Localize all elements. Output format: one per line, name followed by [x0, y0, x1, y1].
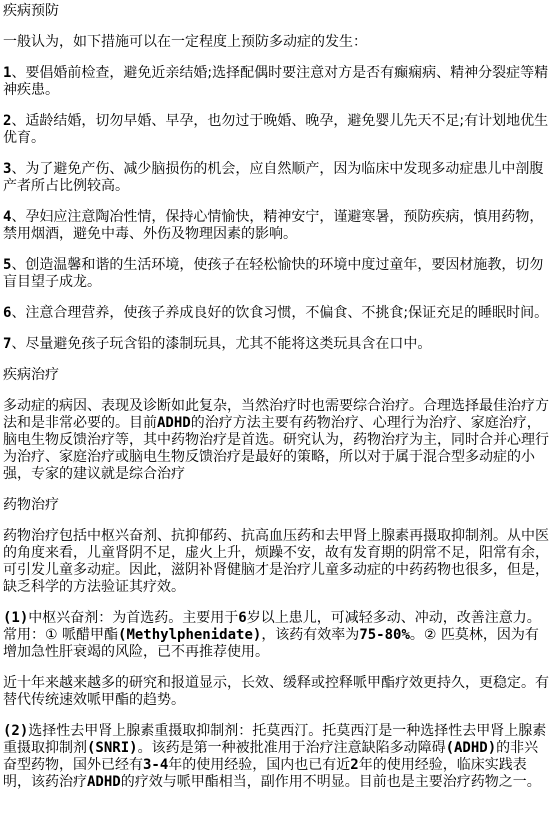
para-prevention-item-2: 2、适龄结婚，切勿早婚、早孕，也勿过于晚婚、晚孕，避免婴儿先天不足;有计划地优生… [3, 113, 550, 147]
heading-disease-treatment: 疾病治疗 [3, 367, 550, 384]
para-drug-therapy-overview: 药物治疗包括中枢兴奋剂、抗抑郁药、抗高血压药和去甲肾上腺素再摄取抑制剂。从中医的… [3, 528, 550, 596]
ascii-text-segment: 2 [350, 757, 358, 773]
text-segment: 一般认为，如下措施可以在一定程度上预防多动症的发生： [3, 34, 367, 50]
ascii-text-segment: (ADHD) [446, 740, 497, 756]
para-drug-item-2: (2)选择性去甲肾上腺素重摄取抑制剂：托莫西汀。托莫西汀是一种选择性去甲肾上腺素… [3, 723, 550, 791]
ascii-text-segment: 6 [238, 610, 246, 626]
text-segment: 、创造温馨和谐的生活环境，使孩子在轻松愉快的环境中度过童年，要因材施教，切勿盲目… [3, 257, 543, 290]
text-segment: 。该药是第一种被批准用于治疗注意缺陷多动障碍 [138, 740, 446, 756]
text-segment: 、尽量避免孩子玩含铅的漆制玩具，尤其不能将这类玩具含在口中。 [11, 336, 431, 352]
text-segment: 年的使用经验，国内也已有近 [168, 757, 350, 773]
text-segment: 、为了避免产伤、减少脑损伤的机会，应自然顺产，因为临床中发现多动症患儿中剖腹产者… [3, 161, 543, 194]
text-segment: 近十年来越来越多的研究和报道显示，长效、缓释或控释哌甲酯疗效更持久，更稳定。有替… [3, 675, 549, 708]
ascii-text-segment: (SNRI) [87, 740, 138, 756]
text-segment: 、注意合理营养，使孩子养成良好的饮食习惯，不偏食、不挑食;保证充足的睡眠时间。 [11, 305, 548, 321]
text-segment: 药物治疗包括中枢兴奋剂、抗抑郁药、抗高血压药和去甲肾上腺素再摄取抑制剂。从中医的… [3, 528, 549, 595]
para-prevention-item-6: 6、注意合理营养，使孩子养成良好的饮食习惯，不偏食、不挑食;保证充足的睡眠时间。 [3, 305, 550, 322]
para-prevention-item-5: 5、创造温馨和谐的生活环境，使孩子在轻松愉快的环境中度过童年，要因材施教，切勿盲… [3, 257, 550, 291]
ascii-text-segment: (1) [3, 610, 28, 626]
ascii-text-segment: (Methylphenidate) [118, 627, 261, 643]
text-segment: 的疗效与哌甲酯相当，副作用不明显。目前也是主要治疗药物之一。 [121, 774, 541, 790]
text-segment: 药物治疗 [3, 497, 59, 513]
para-drug-trend: 近十年来越来越多的研究和报道显示，长效、缓释或控释哌甲酯疗效更持久，更稳定。有替… [3, 675, 550, 709]
text-segment: 、孕妇应注意陶冶性情，保持心情愉快，精神安宁，谨避寒暑，预防疾病，慎用药物，禁用… [3, 209, 543, 242]
para-prevention-item-4: 4、孕妇应注意陶冶性情，保持心情愉快，精神安宁，谨避寒暑，预防疾病，慎用药物，禁… [3, 209, 550, 243]
heading-disease-prevention: 疾病预防 [3, 3, 550, 20]
para-prevention-item-1: 1、要倡婚前检查，避免近亲结婚;选择配偶时要注意对方是否有癫痫病、精神分裂症等精… [3, 65, 550, 99]
ascii-text-segment: ADHD [87, 774, 121, 790]
para-treatment-overview: 多动症的病因、表现及诊断如此复杂，当然治疗时也需要综合治疗。合理选择最佳治疗方法… [3, 398, 550, 483]
ascii-text-segment: 75-80% [359, 627, 410, 643]
ascii-text-segment: ADHD [157, 415, 191, 431]
text-segment: 、适龄结婚，切勿早婚、早孕，也勿过于晚婚、晚孕，避免婴儿先天不足;有计划地优生优… [3, 113, 548, 146]
para-prevention-item-7: 7、尽量避免孩子玩含铅的漆制玩具，尤其不能将这类玩具含在口中。 [3, 336, 550, 353]
ascii-text-segment: (2) [3, 723, 28, 739]
text-segment: ，该药有效率为 [261, 627, 359, 643]
text-segment: 疾病预防 [3, 3, 59, 19]
document-body: 疾病预防一般认为，如下措施可以在一定程度上预防多动症的发生：1、要倡婚前检查，避… [3, 3, 550, 791]
para-drug-item-1: (1)中枢兴奋剂：为首选药。主要用于6岁以上患儿，可减轻多动、冲动，改善注意力。… [3, 610, 550, 661]
text-segment: 中枢兴奋剂：为首选药。主要用于 [28, 610, 238, 626]
ascii-text-segment: 3-4 [143, 757, 168, 773]
para-prevention-item-3: 3、为了避免产伤、减少脑损伤的机会，应自然顺产，因为临床中发现多动症患儿中剖腹产… [3, 161, 550, 195]
text-segment: 、要倡婚前检查，避免近亲结婚;选择配偶时要注意对方是否有癫痫病、精神分裂症等精神… [3, 65, 548, 98]
para-prevention-intro: 一般认为，如下措施可以在一定程度上预防多动症的发生： [3, 34, 550, 51]
heading-drug-therapy: 药物治疗 [3, 497, 550, 514]
text-segment: 疾病治疗 [3, 367, 59, 383]
